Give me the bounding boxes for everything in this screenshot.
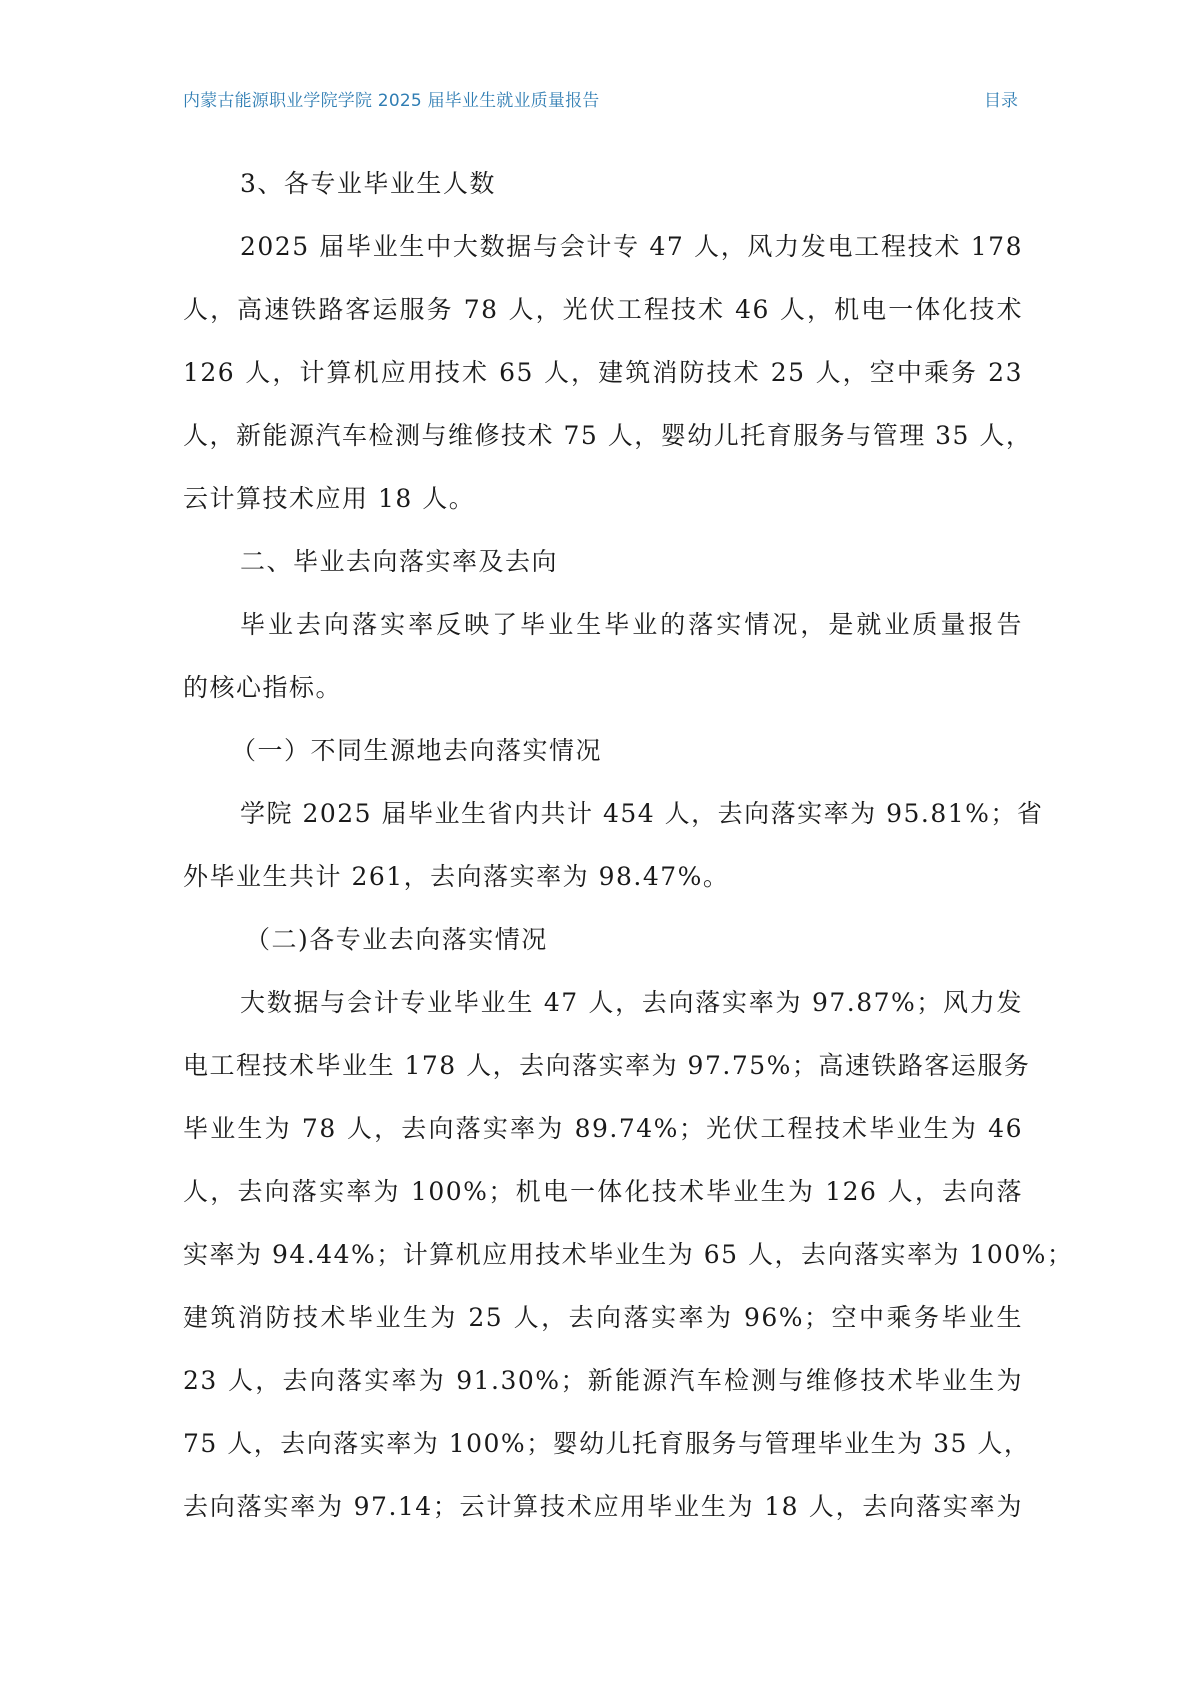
document-body: 3、各专业毕业生人数 2025 届毕业生中大数据与会计专 47 人，风力发电工程…	[183, 152, 1023, 1538]
paragraph-line: 的核心指标。	[183, 656, 1023, 719]
paragraph-line: 学院 2025 届毕业生省内共计 454 人，去向落实率为 95.81%；省	[183, 782, 1023, 845]
paragraph-line: 2025 届毕业生中大数据与会计专 47 人，风力发电工程技术 178	[183, 215, 1023, 278]
paragraph-line: 去向落实率为 97.14；云计算技术应用毕业生为 18 人，去向落实率为	[183, 1475, 1023, 1538]
table-of-contents-link[interactable]: 目录	[984, 86, 1018, 111]
paragraph-line: 126 人，计算机应用技术 65 人，建筑消防技术 25 人，空中乘务 23	[183, 341, 1023, 404]
paragraph-line: 人，去向落实率为 100%；机电一体化技术毕业生为 126 人，去向落	[183, 1160, 1023, 1223]
report-title: 内蒙古能源职业学院学院 2025 届毕业生就业质量报告	[183, 86, 599, 111]
paragraph-line: 75 人，去向落实率为 100%；婴幼儿托育服务与管理毕业生为 35 人，	[183, 1412, 1023, 1475]
paragraph-line: 人，高速铁路客运服务 78 人，光伏工程技术 46 人，机电一体化技术	[183, 278, 1023, 341]
paragraph-line: 外毕业生共计 261，去向落实率为 98.47%。	[183, 845, 1023, 908]
paragraph-line: 云计算技术应用 18 人。	[183, 467, 1023, 530]
paragraph-line: 建筑消防技术毕业生为 25 人，去向落实率为 96%；空中乘务毕业生	[183, 1286, 1023, 1349]
paragraph-graduates-by-major: 2025 届毕业生中大数据与会计专 47 人，风力发电工程技术 178 人，高速…	[183, 215, 1023, 530]
section-heading-placement-rate: 二、毕业去向落实率及去向	[183, 530, 1023, 593]
paragraph-line: 实率为 94.44%；计算机应用技术毕业生为 65 人，去向落实率为 100%；	[183, 1223, 1023, 1286]
paragraph-line: 人，新能源汽车检测与维修技术 75 人，婴幼儿托育服务与管理 35 人，	[183, 404, 1023, 467]
subsection-heading-by-origin: （一）不同生源地去向落实情况	[183, 719, 1023, 782]
paragraph-line: 电工程技术毕业生 178 人，去向落实率为 97.75%；高速铁路客运服务	[183, 1034, 1023, 1097]
paragraph-line: 大数据与会计专业毕业生 47 人，去向落实率为 97.87%；风力发	[183, 971, 1023, 1034]
paragraph-placement-intro: 毕业去向落实率反映了毕业生毕业的落实情况，是就业质量报告 的核心指标。	[183, 593, 1023, 719]
paragraph-by-origin: 学院 2025 届毕业生省内共计 454 人，去向落实率为 95.81%；省 外…	[183, 782, 1023, 908]
paragraph-placement-by-major: 大数据与会计专业毕业生 47 人，去向落实率为 97.87%；风力发 电工程技术…	[183, 971, 1023, 1538]
document-page: 内蒙古能源职业学院学院 2025 届毕业生就业质量报告 目录 3、各专业毕业生人…	[0, 0, 1200, 1697]
subsection-heading-by-major: （二)各专业去向落实情况	[183, 908, 1023, 971]
paragraph-line: 毕业去向落实率反映了毕业生毕业的落实情况，是就业质量报告	[183, 593, 1023, 656]
page-header: 内蒙古能源职业学院学院 2025 届毕业生就业质量报告 目录	[183, 86, 1018, 110]
paragraph-line: 23 人，去向落实率为 91.30%；新能源汽车检测与维修技术毕业生为	[183, 1349, 1023, 1412]
section-heading-graduates-by-major: 3、各专业毕业生人数	[183, 152, 1023, 215]
paragraph-line: 毕业生为 78 人，去向落实率为 89.74%；光伏工程技术毕业生为 46	[183, 1097, 1023, 1160]
